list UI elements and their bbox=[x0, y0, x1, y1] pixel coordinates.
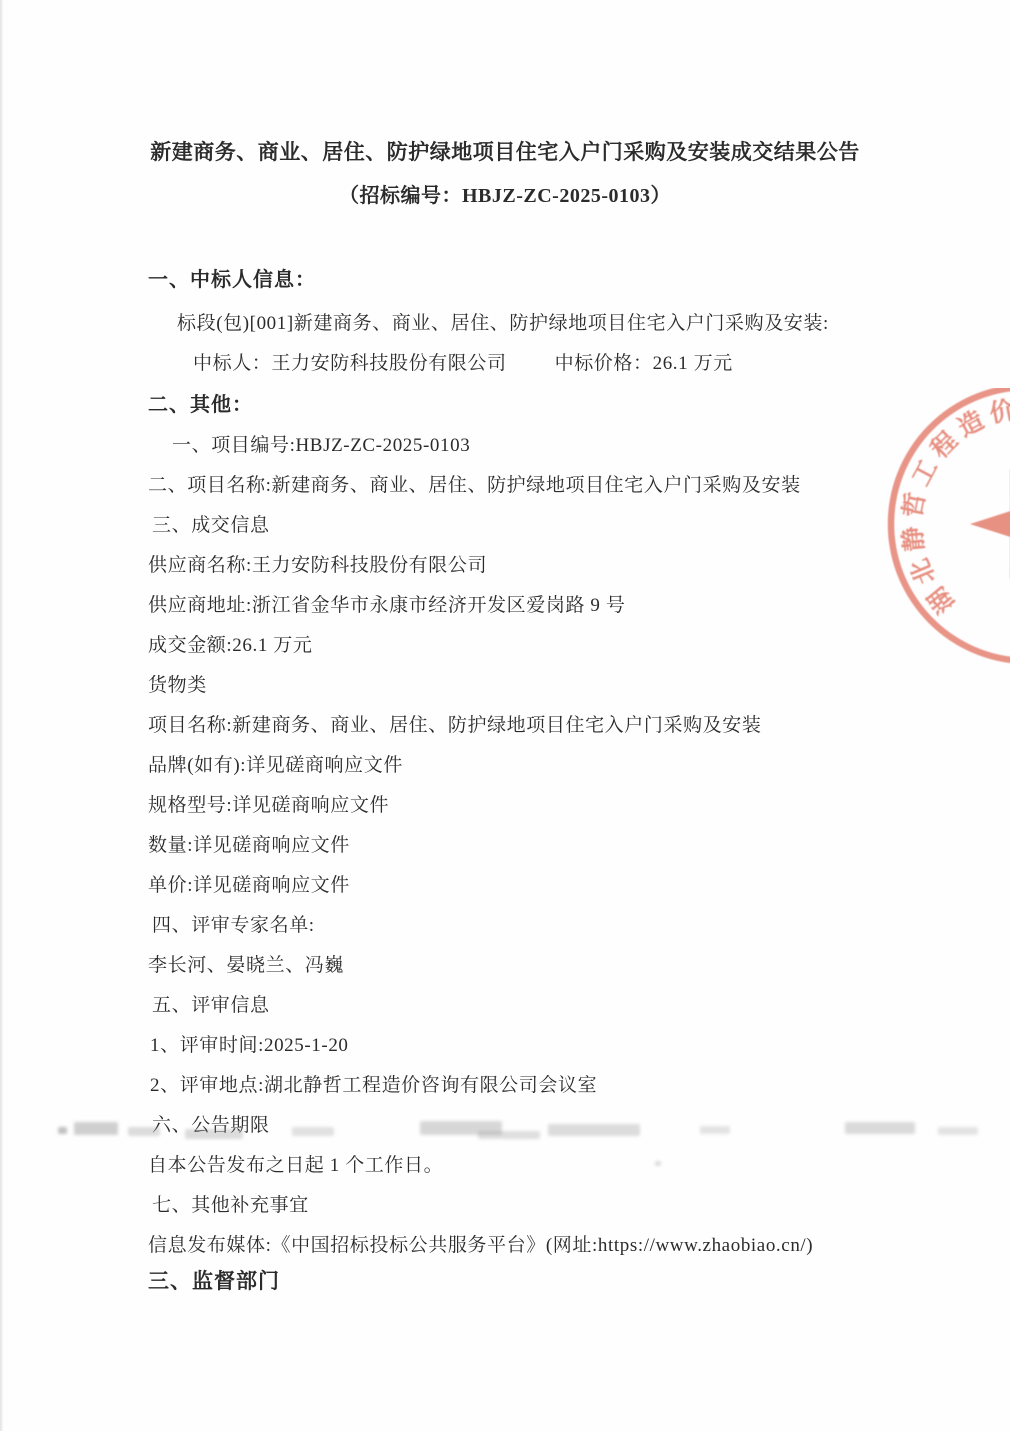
section1-heading: 一、中标人信息： bbox=[148, 263, 316, 292]
goods-project-name-line: 项目名称:新建商务、商业、居住、防护绿地项目住宅入户门采购及安装 bbox=[148, 710, 761, 737]
deal-info-heading: 三、成交信息 bbox=[152, 510, 270, 537]
section2-heading: 二、其他： bbox=[148, 388, 253, 417]
quantity-line: 数量:详见磋商响应文件 bbox=[148, 830, 350, 857]
experts-heading: 四、评审专家名单: bbox=[152, 910, 315, 937]
supplier-name-line: 供应商名称:王力安防科技股份有限公司 bbox=[148, 550, 487, 577]
review-time-line: 1、评审时间:2025-1-20 bbox=[150, 1030, 349, 1057]
spec-model-line: 规格型号:详见磋商响应文件 bbox=[148, 790, 389, 817]
unit-price-line: 单价:详见磋商响应文件 bbox=[148, 870, 350, 897]
review-place-line: 2、评审地点:湖北静哲工程造价咨询有限公司会议室 bbox=[150, 1070, 597, 1097]
goods-class-line: 货物类 bbox=[148, 670, 207, 697]
supplement-heading: 七、其他补充事宜 bbox=[152, 1190, 309, 1217]
winner-row: 中标人：王力安防科技股份有限公司中标价格：26.1 万元 bbox=[193, 348, 733, 375]
winner-price: 中标价格：26.1 万元 bbox=[555, 353, 733, 374]
review-heading: 五、评审信息 bbox=[152, 990, 270, 1017]
svg-text:湖北静哲工程造价咨询有限公司: 湖北静哲工程造价咨询有限公司 bbox=[865, 388, 1010, 623]
lot-line: 标段(包)[001]新建商务、商业、居住、防护绿地项目住宅入户门采购及安装: bbox=[177, 308, 829, 335]
brand-line: 品牌(如有):详见磋商响应文件 bbox=[148, 750, 403, 777]
supervision-heading: 三、监督部门 bbox=[148, 1265, 280, 1295]
page-title: 新建商务、商业、居住、防护绿地项目住宅入户门采购及安装成交结果公告 bbox=[0, 136, 1010, 166]
experts-names: 李长河、晏晓兰、冯巍 bbox=[148, 950, 344, 977]
period-text-line: 自本公告发布之日起 1 个工作日。 bbox=[148, 1150, 443, 1177]
scanned-document: { "header": { "title": "新建商务、商业、居住、防护绿地项… bbox=[0, 0, 1010, 1431]
seal-organization-text: 湖北静哲工程造价咨询有限公司 bbox=[865, 388, 1010, 623]
seal-star-icon bbox=[958, 452, 1010, 586]
supplier-address-line: 供应商地址:浙江省金华市永康市经济开发区爱岗路 9 号 bbox=[148, 590, 625, 617]
seal-ring bbox=[858, 388, 1010, 688]
media-line: 信息发布媒体:《中国招标投标公共服务平台》(网址:https://www.zha… bbox=[148, 1230, 813, 1257]
project-name-line: 二、项目名称:新建商务、商业、居住、防护绿地项目住宅入户门采购及安装 bbox=[148, 470, 801, 497]
tender-number-line: （招标编号：HBJZ-ZC-2025-0103） bbox=[0, 179, 1010, 208]
deal-amount-line: 成交金额:26.1 万元 bbox=[148, 630, 312, 657]
official-seal-stamp: 湖北静哲工程造价咨询有限公司 42010 bbox=[858, 388, 1010, 688]
project-number-line: 一、项目编号:HBJZ-ZC-2025-0103 bbox=[172, 430, 470, 457]
winner-name: 中标人：王力安防科技股份有限公司 bbox=[193, 353, 507, 374]
page-edge-shadow bbox=[0, 0, 3, 1431]
